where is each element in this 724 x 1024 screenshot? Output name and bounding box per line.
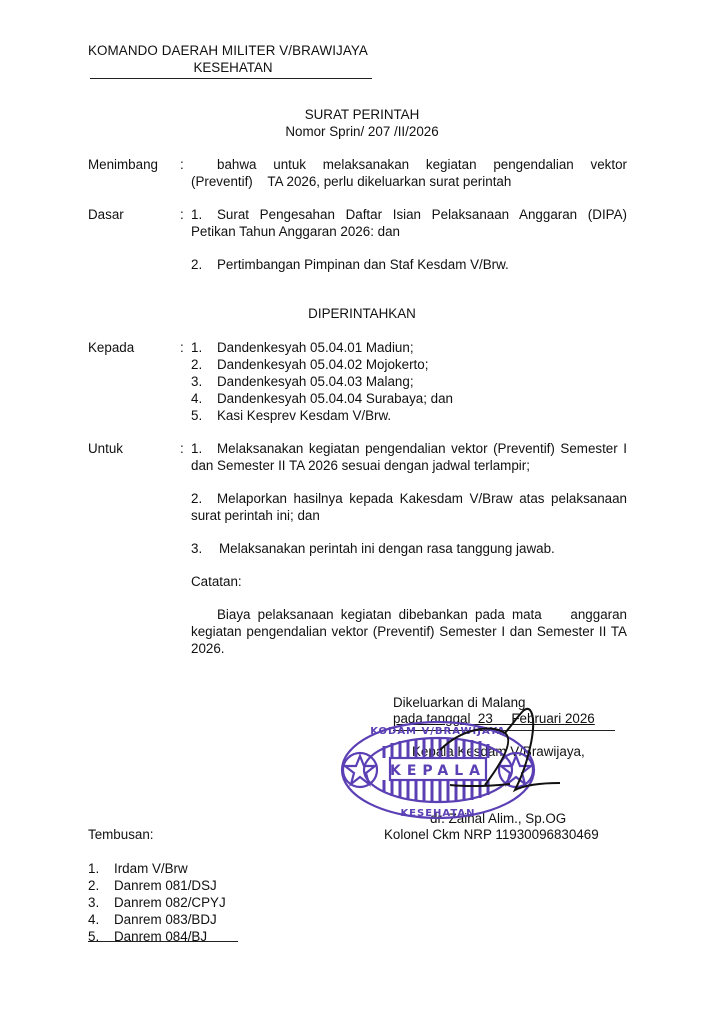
- letterhead-divider: [90, 78, 372, 79]
- catatan-line1: Biaya pelaksanaan kegiatan dibebankan pa…: [217, 606, 627, 623]
- untuk-colon: :: [180, 440, 184, 457]
- dasar-label: Dasar: [88, 206, 124, 223]
- org-unit: KESEHATAN: [88, 59, 378, 76]
- list-item: 4.Danrem 083/BDJ: [88, 911, 226, 928]
- catatan-label: Catatan:: [191, 573, 627, 590]
- list-item: 1.Dandenkesyah 05.04.01 Madiun;: [191, 339, 627, 356]
- doc-number: Nomor Sprin/ 207 /II/2026: [0, 123, 724, 140]
- doc-type: SURAT PERINTAH: [0, 106, 724, 123]
- list-item: 5.Danrem 084/BJ: [88, 928, 226, 945]
- kepada-label: Kepada: [88, 339, 134, 356]
- tembusan-label: Tembusan:: [88, 826, 154, 843]
- menimbang-colon: :: [180, 156, 184, 173]
- kepada-list: 1.Dandenkesyah 05.04.01 Madiun; 2.Danden…: [191, 339, 627, 424]
- tembusan-list: 1.Irdam V/Brw 2.Danrem 081/DSJ 3.Danrem …: [88, 860, 226, 945]
- menimbang-label: Menimbang: [88, 156, 158, 173]
- signer-rank-nrp: Kolonel Ckm NRP 11930096830469: [384, 826, 599, 843]
- list-item: 2.Danrem 081/DSJ: [88, 877, 226, 894]
- list-item: 4.Dandenkesyah 05.04.04 Surabaya; dan: [191, 390, 627, 407]
- menimbang-line2: (Preventif) TA 2026, perlu dikeluarkan s…: [191, 173, 627, 190]
- untuk-item-3: 3.Melaksanakan perintah ini dengan rasa …: [191, 540, 627, 557]
- catatan-line2: kegiatan pengendalian vektor (Preventif)…: [191, 623, 627, 640]
- svg-text:KESEHATAN: KESEHATAN: [400, 808, 475, 819]
- list-item: 1.Irdam V/Brw: [88, 860, 226, 877]
- dasar-item-1-cont: Petikan Tahun Anggaran 2026: dan: [191, 223, 627, 240]
- dasar-item-2: 2.Pertimbangan Pimpinan dan Staf Kesdam …: [191, 256, 627, 273]
- diperintahkan-heading: DIPERINTAHKAN: [0, 305, 724, 322]
- catatan-line3: 2026.: [191, 640, 627, 657]
- tembusan-divider: [88, 941, 238, 942]
- list-item: 3.Dandenkesyah 05.04.03 Malang;: [191, 373, 627, 390]
- list-item: 2.Dandenkesyah 05.04.02 Mojokerto;: [191, 356, 627, 373]
- letterhead: KOMANDO DAERAH MILITER V/BRAWIJAYA KESEH…: [88, 42, 378, 76]
- handwritten-signature-icon: [430, 705, 580, 800]
- list-item: 3.Danrem 082/CPYJ: [88, 894, 226, 911]
- org-name: KOMANDO DAERAH MILITER V/BRAWIJAYA: [88, 42, 378, 59]
- untuk-item-1: 1.Melaksanakan kegiatan pengendalian vek…: [191, 440, 627, 457]
- list-item: 5.Kasi Kesprev Kesdam V/Brw.: [191, 407, 627, 424]
- kepada-colon: :: [180, 339, 184, 356]
- dasar-colon: :: [180, 206, 184, 223]
- untuk-item-1-cont: dan Semester II TA 2026 sesuai dengan ja…: [191, 457, 627, 474]
- untuk-item-2: 2.Melaporkan hasilnya kepada Kakesdam V/…: [191, 490, 627, 507]
- untuk-label: Untuk: [88, 440, 123, 457]
- dasar-item-1: 1.Surat Pengesahan Daftar Isian Pelaksan…: [191, 206, 627, 223]
- untuk-item-2-cont: surat perintah ini; dan: [191, 507, 627, 524]
- menimbang-line1: bahwa untuk melaksanakan kegiatan pengen…: [217, 156, 627, 173]
